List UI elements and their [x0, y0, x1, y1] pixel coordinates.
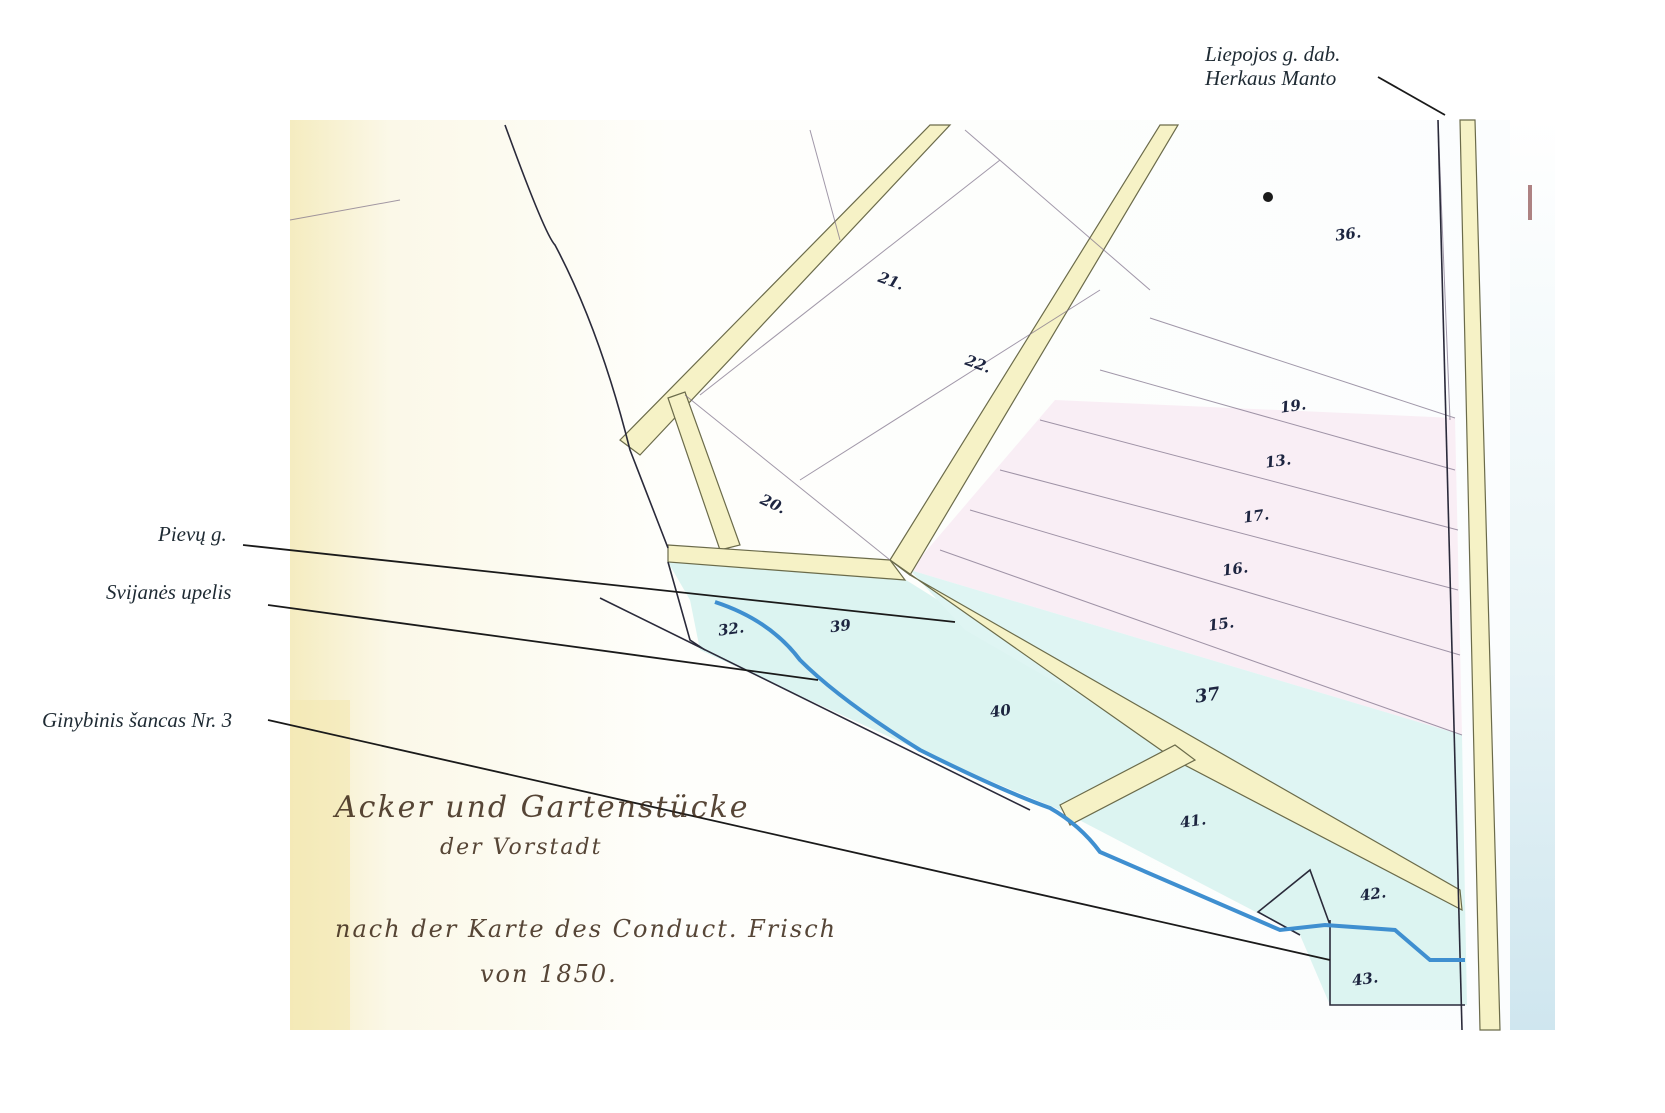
- label-svijanes-stream: Svijanės upelis: [106, 580, 231, 604]
- parcel-number-19: 19.: [1279, 395, 1307, 416]
- label-liepojos-line1: Liepojos g. dab.: [1205, 42, 1340, 66]
- parcel-number-43: 43.: [1351, 968, 1379, 989]
- inscription-line-2: der Vorstadt: [440, 835, 602, 860]
- parcel-number-13: 13.: [1264, 450, 1292, 471]
- parcel-number-41: 41.: [1179, 810, 1207, 831]
- parcel-number-39: 39: [829, 616, 852, 637]
- label-liepojos-line2: Herkaus Manto: [1205, 66, 1340, 90]
- inscription-line-3: nach der Karte des Conduct. Frisch: [335, 915, 837, 943]
- parcel-number-36: 36.: [1334, 223, 1362, 244]
- parcel-number-32: 32.: [717, 618, 745, 639]
- parcel-number-40: 40: [989, 701, 1012, 722]
- label-ginybinis-fortification: Ginybinis šancas Nr. 3: [42, 708, 232, 732]
- label-pievu-street: Pievų g.: [158, 522, 227, 546]
- point-marker: [1263, 192, 1273, 202]
- parcel-number-17: 17.: [1242, 505, 1270, 526]
- inscription-line-1: Acker und Gartenstücke: [335, 790, 750, 825]
- parcel-number-37: 37: [1194, 683, 1222, 707]
- parcel-number-15: 15.: [1207, 613, 1235, 634]
- parcel-number-42: 42.: [1359, 883, 1387, 904]
- inscription-line-4: von 1850.: [480, 960, 618, 988]
- parcel-number-16: 16.: [1221, 558, 1249, 579]
- label-liepojos-street: Liepojos g. dab. Herkaus Manto: [1205, 42, 1340, 90]
- map-canvas: [0, 0, 1665, 1113]
